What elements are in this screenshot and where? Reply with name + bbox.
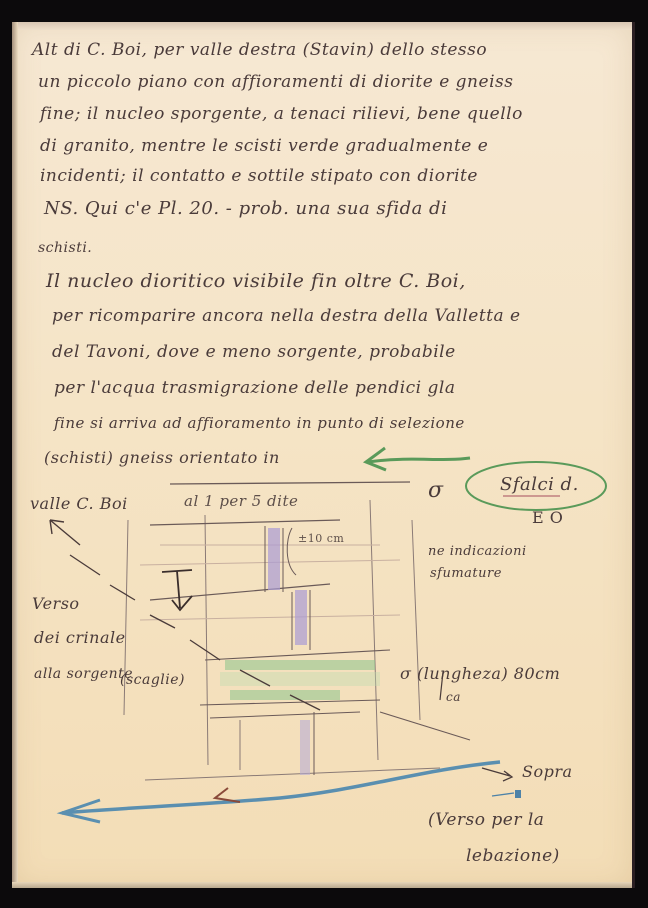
left-label-2: dei crinale: [34, 628, 126, 647]
bracket-label: (scaglie): [120, 672, 185, 688]
blue-arrow-icon: [62, 762, 500, 813]
text-line: NS. Qui c'e Pl. 20. - prob. una sua sfid…: [44, 198, 447, 219]
right-label-4: ca: [446, 690, 461, 704]
strike-symbol: σ: [428, 478, 444, 503]
text-line: di granito, mentre le scisti verde gradu…: [40, 136, 488, 156]
right-label-3: σ (lungheza) 80cm: [400, 664, 560, 683]
arrow-right-icon: [482, 768, 512, 781]
text-line: incidenti; il contatto e sottile stipato…: [40, 166, 478, 186]
measurement-label: ±10 cm: [298, 532, 344, 545]
bottom-note-1: (Verso per la: [428, 810, 544, 830]
violet-dyke-lower: [295, 590, 307, 645]
green-band-2: [230, 690, 340, 700]
text-line: per l'acqua trasmigrazione delle pendici…: [54, 378, 455, 398]
right-label-2: sfumature: [430, 566, 502, 581]
green-arrow-icon: [368, 458, 470, 462]
right-label-1: ne indicazioni: [428, 544, 527, 559]
dip-symbol-icon: [162, 570, 192, 610]
left-top-label: valle C. Boi: [30, 494, 128, 513]
text-line: Il nucleo dioritico visibile fin oltre C…: [46, 270, 466, 292]
text-line: fine si arriva ad affioramento in punto …: [54, 414, 465, 432]
text-line: (schisti) gneiss orientato in: [44, 448, 280, 467]
green-band-1: [225, 660, 375, 670]
left-label-1: Verso: [32, 594, 80, 613]
circled-note-sub: E O: [532, 508, 563, 527]
violet-dyke-upper: [268, 528, 280, 590]
top-sketch-label: al 1 per 5 dite: [184, 492, 298, 510]
text-line: Alt di C. Boi, per valle destra (Stavin)…: [32, 40, 487, 60]
arrow-label: Sopra: [522, 762, 573, 781]
circled-note: Sfalci d.: [500, 474, 579, 495]
blue-dot: [515, 790, 521, 798]
text-line: fine; il nucleo sporgente, a tenaci rili…: [40, 104, 523, 124]
text-line: schisti.: [38, 240, 92, 256]
arrow-up-left-icon: [50, 520, 80, 545]
bottom-note-2: lebazione): [466, 846, 560, 866]
left-label-3: alla sorgente: [34, 666, 133, 682]
text-line: per ricomparire ancora nella destra dell…: [52, 306, 521, 326]
text-line: un piccolo piano con affioramenti di dio…: [38, 72, 513, 92]
text-line: del Tavoni, dove e meno sorgente, probab…: [52, 342, 456, 362]
